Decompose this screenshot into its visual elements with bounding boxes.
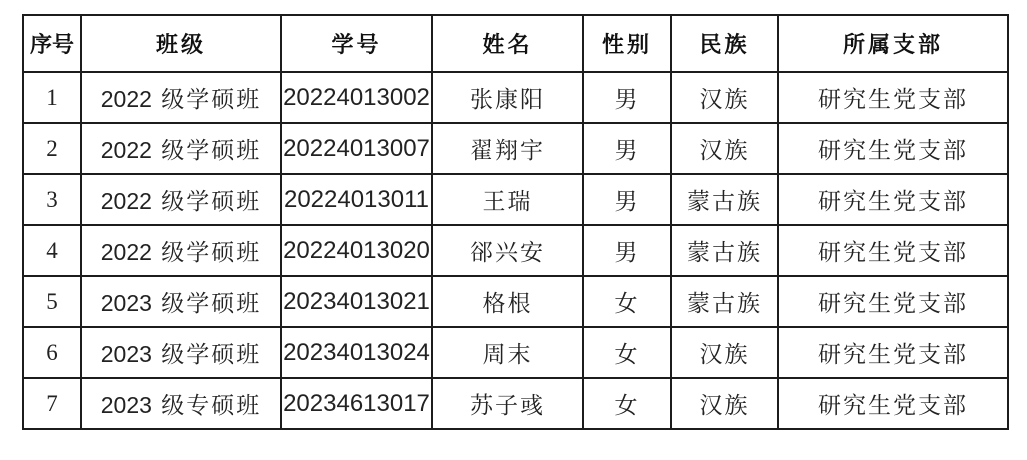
header-no: 序号 [23, 15, 81, 72]
cell-branch: 研究生党支部 [778, 72, 1008, 123]
header-student-id: 学号 [281, 15, 432, 72]
cell-name: 格根 [432, 276, 583, 327]
cell-branch: 研究生党支部 [778, 123, 1008, 174]
class-year: 2023 [101, 290, 152, 316]
class-name: 级学硕班 [152, 342, 261, 368]
header-branch: 所属支部 [778, 15, 1008, 72]
table-row: 1 2022 级学硕班 20224013002 张康阳 男 汉族 研究生党支部 [23, 72, 1008, 123]
header-gender: 性别 [583, 15, 671, 72]
cell-branch: 研究生党支部 [778, 378, 1008, 429]
cell-name: 翟翔宇 [432, 123, 583, 174]
cell-ethnicity: 蒙古族 [671, 276, 778, 327]
cell-name: 周末 [432, 327, 583, 378]
header-ethnicity: 民族 [671, 15, 778, 72]
cell-class: 2023 级学硕班 [81, 276, 281, 327]
cell-gender: 男 [583, 174, 671, 225]
cell-no: 1 [23, 72, 81, 123]
cell-branch: 研究生党支部 [778, 225, 1008, 276]
class-name: 级学硕班 [152, 87, 261, 113]
class-name: 级学硕班 [152, 291, 261, 317]
cell-ethnicity: 汉族 [671, 378, 778, 429]
cell-ethnicity: 汉族 [671, 327, 778, 378]
cell-student-id: 20234613017 [281, 378, 432, 429]
cell-student-id: 20234013021 [281, 276, 432, 327]
cell-name: 郤兴安 [432, 225, 583, 276]
cell-student-id: 20224013020 [281, 225, 432, 276]
class-name: 级学硕班 [152, 240, 261, 266]
class-year: 2022 [101, 188, 152, 214]
cell-gender: 男 [583, 72, 671, 123]
cell-ethnicity: 汉族 [671, 123, 778, 174]
cell-no: 6 [23, 327, 81, 378]
cell-ethnicity: 蒙古族 [671, 174, 778, 225]
cell-gender: 女 [583, 276, 671, 327]
cell-branch: 研究生党支部 [778, 174, 1008, 225]
cell-no: 2 [23, 123, 81, 174]
cell-name: 苏子彧 [432, 378, 583, 429]
class-name: 级专硕班 [152, 393, 261, 419]
class-year: 2022 [101, 239, 152, 265]
table-row: 4 2022 级学硕班 20224013020 郤兴安 男 蒙古族 研究生党支部 [23, 225, 1008, 276]
cell-ethnicity: 汉族 [671, 72, 778, 123]
class-year: 2023 [101, 392, 152, 418]
cell-branch: 研究生党支部 [778, 327, 1008, 378]
cell-class: 2022 级学硕班 [81, 174, 281, 225]
cell-student-id: 20224013002 [281, 72, 432, 123]
class-year: 2022 [101, 137, 152, 163]
table-row: 5 2023 级学硕班 20234013021 格根 女 蒙古族 研究生党支部 [23, 276, 1008, 327]
cell-student-id: 20224013011 [281, 174, 432, 225]
header-class: 班级 [81, 15, 281, 72]
cell-class: 2023 级学硕班 [81, 327, 281, 378]
cell-class: 2022 级学硕班 [81, 72, 281, 123]
class-name: 级学硕班 [152, 138, 261, 164]
cell-no: 3 [23, 174, 81, 225]
class-name: 级学硕班 [152, 189, 261, 215]
table-row: 7 2023 级专硕班 20234613017 苏子彧 女 汉族 研究生党支部 [23, 378, 1008, 429]
cell-no: 4 [23, 225, 81, 276]
cell-ethnicity: 蒙古族 [671, 225, 778, 276]
cell-no: 5 [23, 276, 81, 327]
cell-student-id: 20224013007 [281, 123, 432, 174]
cell-name: 张康阳 [432, 72, 583, 123]
cell-class: 2023 级专硕班 [81, 378, 281, 429]
class-year: 2023 [101, 341, 152, 367]
table-row: 6 2023 级学硕班 20234013024 周末 女 汉族 研究生党支部 [23, 327, 1008, 378]
cell-class: 2022 级学硕班 [81, 225, 281, 276]
cell-gender: 女 [583, 327, 671, 378]
header-row: 序号 班级 学号 姓名 性别 民族 所属支部 [23, 15, 1008, 72]
cell-name: 王瑞 [432, 174, 583, 225]
cell-gender: 女 [583, 378, 671, 429]
student-roster-table: 序号 班级 学号 姓名 性别 民族 所属支部 1 2022 级学硕班 20224… [22, 14, 1009, 430]
cell-no: 7 [23, 378, 81, 429]
cell-branch: 研究生党支部 [778, 276, 1008, 327]
cell-gender: 男 [583, 123, 671, 174]
cell-student-id: 20234013024 [281, 327, 432, 378]
header-name: 姓名 [432, 15, 583, 72]
table-row: 3 2022 级学硕班 20224013011 王瑞 男 蒙古族 研究生党支部 [23, 174, 1008, 225]
student-roster-sheet: 序号 班级 学号 姓名 性别 民族 所属支部 1 2022 级学硕班 20224… [22, 14, 1009, 430]
table-row: 2 2022 级学硕班 20224013007 翟翔宇 男 汉族 研究生党支部 [23, 123, 1008, 174]
cell-gender: 男 [583, 225, 671, 276]
class-year: 2022 [101, 86, 152, 112]
cell-class: 2022 级学硕班 [81, 123, 281, 174]
